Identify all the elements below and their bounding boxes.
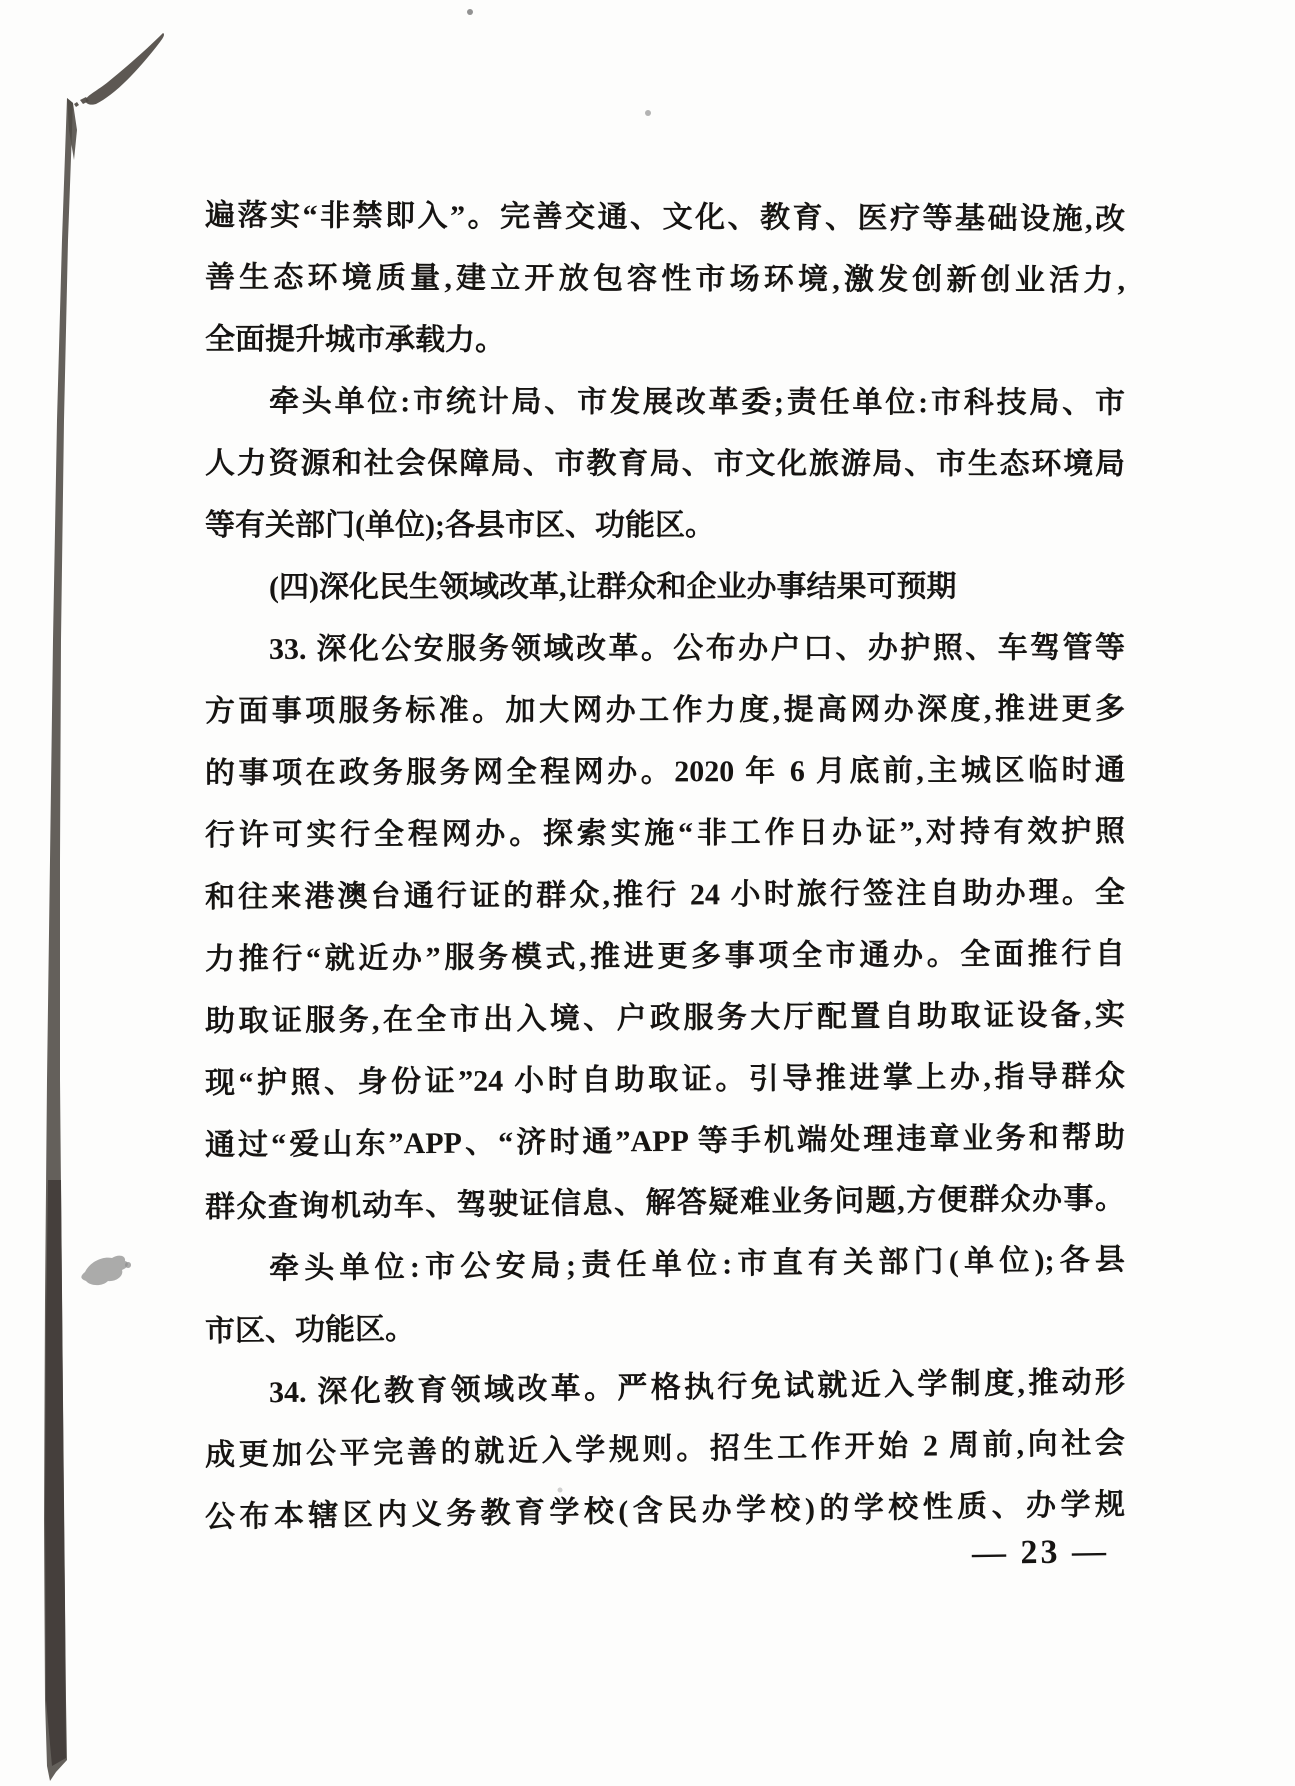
text-line: 和往来港澳台通行证的群众,推行 24 小时旅行签注自助办理。全	[205, 862, 1125, 929]
ink-smudge-artifact	[81, 1256, 127, 1286]
document-body: 遍落实“非禁即入”。完善交通、文化、教育、医疗等基础设施,改善生态环境质量,建立…	[205, 185, 1125, 1549]
scan-streak-artifact	[44, 98, 73, 1781]
text-line: 牵头单位:市统计局、市发展改革委;责任单位:市科技局、市	[205, 371, 1125, 435]
text-line: 现“护照、身份证”24 小时自助取证。引导推进掌上办,指导群众	[205, 1046, 1125, 1115]
text-line: 力推行“就近办”服务模式,推进更多事项全市通办。全面推行自	[205, 923, 1125, 991]
scan-streak-lower-artifact	[45, 1180, 66, 1766]
scan-streak-fork-artifact	[67, 98, 77, 160]
page-number: — 23 —	[972, 1533, 1110, 1573]
text-line: 人力资源和社会保障局、市教育局、市文化旅游局、市生态环境局	[205, 433, 1125, 496]
text-line: 的事项在政务服务网全程网办。2020 年 6 月底前,主城区临时通	[205, 740, 1125, 805]
text-line: 行许可实行全程网办。探索实施“非工作日办证”,对持有效护照	[205, 801, 1125, 867]
text-line: (四)深化民生领域改革,让群众和企业办事结果可预期	[205, 556, 1125, 619]
text-line: 牵头单位:市公安局;责任单位:市直有关部门(单位);各县	[205, 1229, 1126, 1301]
text-line: 善生态环境质量,建立开放包容性市场环境,激发创新创业活力,	[205, 247, 1125, 312]
text-line: 通过“爱山东”APP、“济时通”APP 等手机端处理违章业务和帮助	[205, 1107, 1126, 1177]
ink-hook-artifact	[86, 33, 164, 105]
text-line: 市区、功能区。	[205, 1291, 1126, 1363]
ink-hook-tip-artifact	[74, 97, 89, 107]
scanned-document-page: 遍落实“非禁即入”。完善交通、文化、教育、医疗等基础设施,改善生态环境质量,建立…	[0, 0, 1295, 1786]
text-line: 助取证服务,在全市出入境、户政服务大厅配置自助取证设备,实	[205, 985, 1125, 1053]
speck-artifact	[467, 9, 473, 15]
text-line: 全面提升城市承载力。	[205, 309, 1125, 373]
text-line: 等有关部门(单位);各县市区、功能区。	[205, 495, 1125, 557]
ink-smudge-dot-artifact	[125, 1262, 131, 1268]
text-line: 遍落实“非禁即入”。完善交通、文化、教育、医疗等基础设施,改	[205, 185, 1125, 251]
text-line: 群众查询机动车、驾驶证信息、解答疑难业务问题,方便群众办事。	[205, 1168, 1126, 1239]
text-line: 方面事项服务标准。加大网办工作力度,提高网办深度,推进更多	[205, 679, 1125, 743]
speck-artifact	[645, 110, 651, 116]
text-line: 33. 深化公安服务领域改革。公布办户口、办护照、车驾管等	[205, 617, 1125, 681]
